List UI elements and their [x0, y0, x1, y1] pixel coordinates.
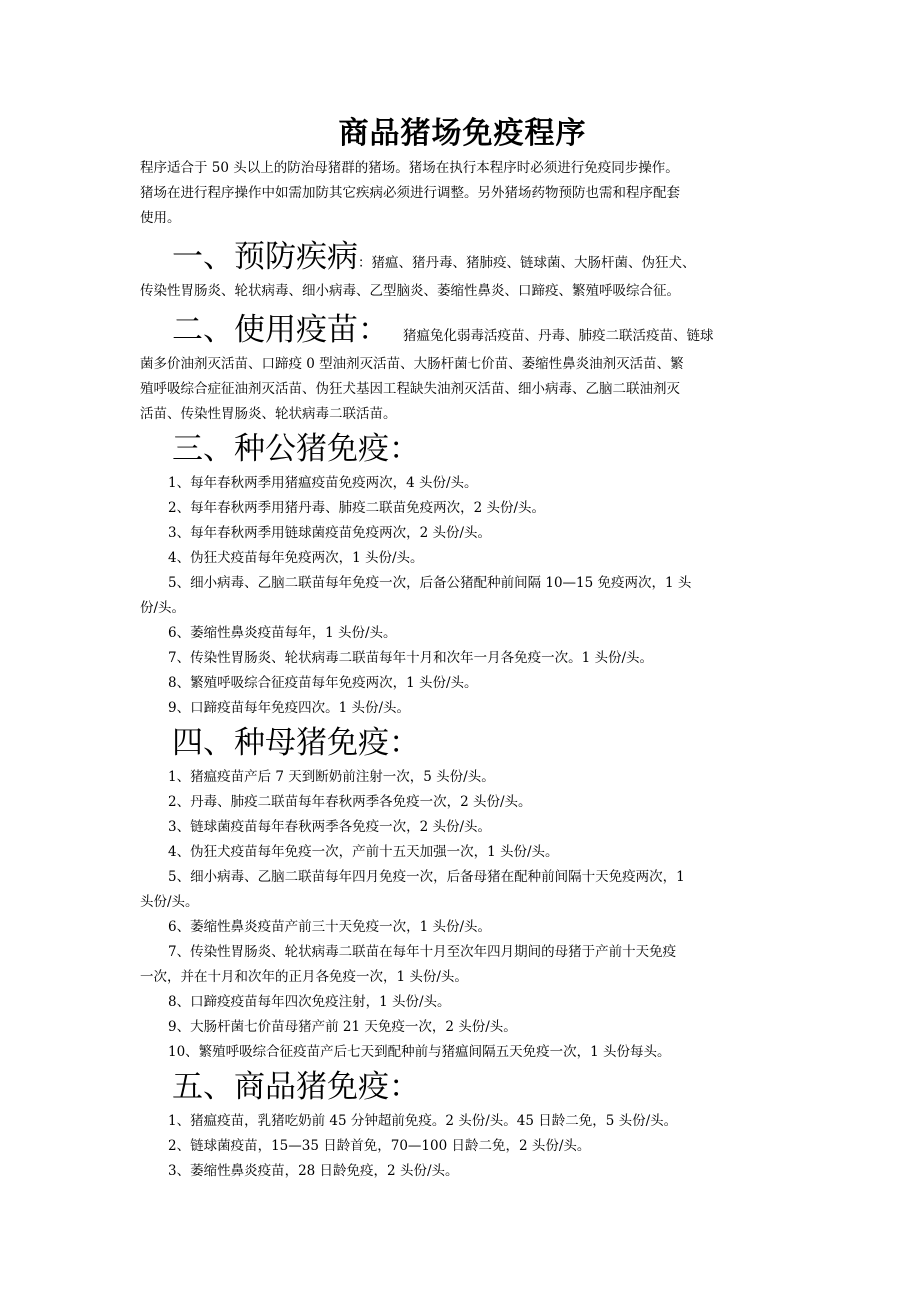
- list-item: 5、细小病毒、乙脑二联苗每年四月免疫一次，后备母猪在配种前间隔十天免疫两次，1: [140, 865, 785, 890]
- list-item: 1、每年春秋两季用猪瘟疫苗免疫两次，4 头份/头。: [140, 471, 785, 496]
- section-boar-immunization: 三、种公猪免疫： 1、每年春秋两季用猪瘟疫苗免疫两次，4 头份/头。 2、每年春…: [140, 427, 785, 721]
- intro-line: 程序适合于 50 头以上的防治母猪群的猪场。猪场在执行本程序时必须进行免疫同步操…: [140, 156, 785, 181]
- list-item-continuation: 一次，并在十月和次年的正月各免疫一次，1 头份/头。: [140, 965, 785, 990]
- list-item: 2、每年春秋两季用猪丹毒、肺疫二联苗免疫两次，2 头份/头。: [140, 496, 785, 521]
- document-page: 商品猪场免疫程序 程序适合于 50 头以上的防治母猪群的猪场。猪场在执行本程序时…: [140, 112, 785, 1184]
- section-sow-immunization: 四、种母猪免疫： 1、猪瘟疫苗产后 7 天到断奶前注射一次，5 头份/头。 2、…: [140, 721, 785, 1065]
- list-item: 5、细小病毒、乙脑二联苗每年免疫一次，后备公猪配种前间隔 10—15 免疫两次，…: [140, 571, 785, 596]
- list-item-continuation: 份/头。: [140, 596, 785, 621]
- section-line: 传染性胃肠炎、轮状病毒、细小病毒、乙型脑炎、萎缩性鼻炎、口蹄疫、繁殖呼吸综合征。: [140, 279, 785, 304]
- intro-line: 使用。: [140, 206, 785, 231]
- list-item: 9、口蹄疫苗每年免疫四次。1 头份/头。: [140, 696, 785, 721]
- section-heading-inline-text: 猪瘟兔化弱毒活疫苗、丹毒、肺疫二联活疫苗、链球: [389, 328, 714, 344]
- list-item: 1、猪瘟疫苗，乳猪吃奶前 45 分钟超前免疫。2 头份/头。45 日龄二免，5 …: [140, 1109, 785, 1134]
- section-line: 菌多价油剂灭活苗、口蹄疫 0 型油剂灭活苗、大肠杆菌七价苗、萎缩性鼻炎油剂灭活苗…: [140, 352, 785, 377]
- section-vaccines-used: 二、使用疫苗：猪瘟兔化弱毒活疫苗、丹毒、肺疫二联活疫苗、链球 菌多价油剂灭活苗、…: [140, 308, 785, 427]
- list-item: 4、伪狂犬疫苗每年免疫两次，1 头份/头。: [140, 546, 785, 571]
- list-item: 2、链球菌疫苗，15—35 日龄首免，70—100 日龄二免，2 头份/头。: [140, 1134, 785, 1159]
- list-item: 9、大肠杆菌七价苗母猪产前 21 天免疫一次，2 头份/头。: [140, 1015, 785, 1040]
- list-item: 8、口蹄疫疫苗每年四次免疫注射，1 头份/头。: [140, 990, 785, 1015]
- section-line: 殖呼吸综合症征油剂灭活苗、伪狂犬基因工程缺失油剂灭活苗、细小病毒、乙脑二联油剂灭: [140, 377, 785, 402]
- list-item-continuation: 头份/头。: [140, 890, 785, 915]
- section-commercial-pig-immunization: 五、商品猪免疫： 1、猪瘟疫苗，乳猪吃奶前 45 分钟超前免疫。2 头份/头。4…: [140, 1065, 785, 1184]
- intro-paragraph: 程序适合于 50 头以上的防治母猪群的猪场。猪场在执行本程序时必须进行免疫同步操…: [140, 156, 785, 231]
- list-item: 7、传染性胃肠炎、轮状病毒二联苗在每年十月至次年四月期间的母猪于产前十天免疫: [140, 940, 785, 965]
- section-heading: 三、种公猪免疫：: [140, 427, 785, 471]
- section-prevent-diseases: 一、预防疾病：猪瘟、猪丹毒、猪肺疫、链球菌、大肠杆菌、伪狂犬、 传染性胃肠炎、轮…: [140, 235, 785, 304]
- list-item: 3、链球菌疫苗每年春秋两季各免疫一次，2 头份/头。: [140, 815, 785, 840]
- list-item: 2、丹毒、肺疫二联苗每年春秋两季各免疫一次，2 头份/头。: [140, 790, 785, 815]
- section-heading: 二、使用疫苗：猪瘟兔化弱毒活疫苗、丹毒、肺疫二联活疫苗、链球: [140, 308, 785, 352]
- section-heading-text: 一、预防疾病: [172, 239, 358, 275]
- intro-line: 猪场在进行程序操作中如需加防其它疾病必须进行调整。另外猪场药物预防也需和程序配套: [140, 181, 785, 206]
- list-item: 4、伪狂犬疫苗每年免疫一次，产前十五天加强一次，1 头份/头。: [140, 840, 785, 865]
- list-item: 3、每年春秋两季用链球菌疫苗免疫两次，2 头份/头。: [140, 521, 785, 546]
- section-line: 活苗、传染性胃肠炎、轮状病毒二联活苗。: [140, 402, 785, 427]
- section-heading-inline-text: ：猪瘟、猪丹毒、猪肺疫、链球菌、大肠杆菌、伪狂犬、: [358, 255, 696, 271]
- list-item: 1、猪瘟疫苗产后 7 天到断奶前注射一次，5 头份/头。: [140, 765, 785, 790]
- section-heading-text: 二、使用疫苗：: [172, 312, 389, 348]
- list-item: 3、萎缩性鼻炎疫苗，28 日龄免疫，2 头份/头。: [140, 1159, 785, 1184]
- list-item: 8、繁殖呼吸综合征疫苗每年免疫两次，1 头份/头。: [140, 671, 785, 696]
- section-heading: 一、预防疾病：猪瘟、猪丹毒、猪肺疫、链球菌、大肠杆菌、伪狂犬、: [140, 235, 785, 279]
- document-title: 商品猪场免疫程序: [140, 112, 785, 156]
- list-item: 7、传染性胃肠炎、轮状病毒二联苗每年十月和次年一月各免疫一次。1 头份/头。: [140, 646, 785, 671]
- section-heading: 四、种母猪免疫：: [140, 721, 785, 765]
- section-heading: 五、商品猪免疫：: [140, 1065, 785, 1109]
- list-item: 6、萎缩性鼻炎疫苗产前三十天免疫一次，1 头份/头。: [140, 915, 785, 940]
- list-item: 6、萎缩性鼻炎疫苗每年，1 头份/头。: [140, 621, 785, 646]
- list-item: 10、繁殖呼吸综合征疫苗产后七天到配种前与猪瘟间隔五天免疫一次，1 头份每头。: [140, 1040, 785, 1065]
